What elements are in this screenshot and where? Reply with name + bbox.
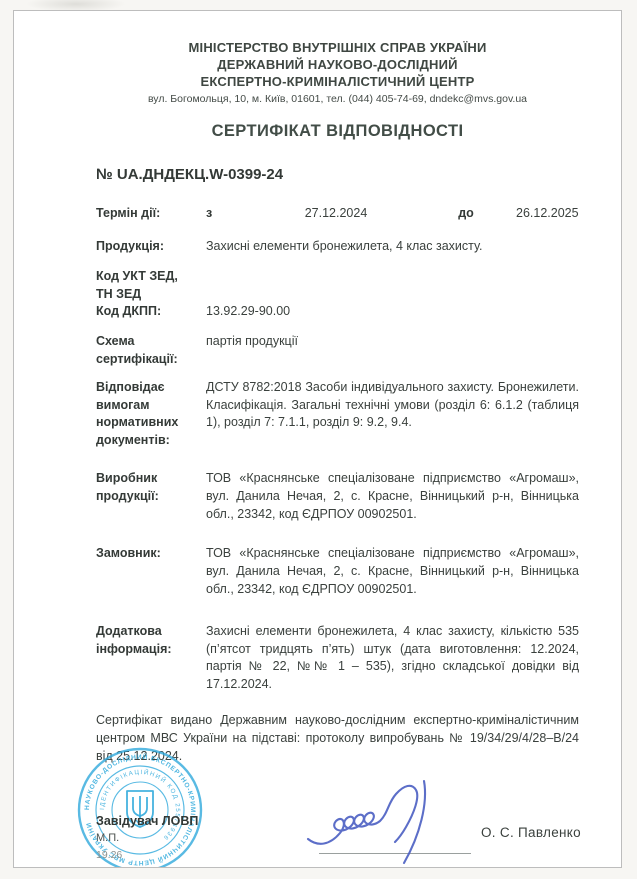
- signature-ink-icon: [302, 775, 492, 868]
- validity-row: Термін дії: з 27.12.2024 до 26.12.2025: [96, 204, 579, 222]
- signer-name: О. С. Павленко: [481, 825, 581, 840]
- field-label: Виробник продукції:: [96, 470, 206, 523]
- certificate-number: № UA.ДНДЕКЦ.W-0399-24: [96, 165, 579, 184]
- field-label: Замовник:: [96, 545, 206, 598]
- validity-to-word: до: [416, 204, 516, 222]
- issuer-line-3: ЕКСПЕРТНО-КРИМІНАЛІСТИЧНИЙ ЦЕНТР: [96, 73, 579, 90]
- field-row-manufacturer: Виробник продукції: ТОВ «Краснянське спе…: [96, 470, 579, 523]
- official-round-stamp: НАУКОВО-ДОСЛІДНИЙ ЕКСПЕРТНО-КРИМІНАЛІСТИ…: [75, 745, 205, 868]
- field-value: ДСТУ 8782:2018 Засоби індивідуального за…: [206, 379, 579, 450]
- field-row-scheme: Схема сертифікації: партія продукції: [96, 333, 579, 369]
- field-row-product: Продукція: Захисні елементи бронежилета,…: [96, 238, 579, 256]
- validity-from-word: з: [206, 204, 256, 222]
- field-row-codes: Код УКТ ЗЕД, ТН ЗЕД Код ДКПП: 13.92.29-9…: [96, 268, 579, 321]
- signer-position-title: Завідувач ЛОВП: [96, 814, 198, 828]
- field-value: ТОВ «Краснянське спеціалізоване підприєм…: [206, 470, 579, 523]
- validity-to-date: 26.12.2025: [516, 204, 579, 222]
- field-row-customer: Замовник: ТОВ «Краснянське спеціалізован…: [96, 545, 579, 598]
- validity-label: Термін дії:: [96, 204, 206, 222]
- form-number-note: 19.26: [96, 849, 122, 861]
- field-row-standards: Відповідає вимогам нормативних документі…: [96, 379, 579, 450]
- certificate-page: МІНІСТЕРСТВО ВНУТРІШНІХ СПРАВ УКРАЇНИ ДЕ…: [13, 10, 622, 868]
- validity-from-date: 27.12.2024: [256, 204, 416, 222]
- field-value: Захисні елементи бронежилета, 4 клас зах…: [206, 623, 579, 694]
- issuer-line-1: МІНІСТЕРСТВО ВНУТРІШНІХ СПРАВ УКРАЇНИ: [96, 39, 579, 56]
- field-label: Код УКТ ЗЕД, ТН ЗЕД Код ДКПП:: [96, 268, 206, 321]
- field-label: Додаткова інформація:: [96, 623, 206, 694]
- field-label: Відповідає вимогам нормативних документі…: [96, 379, 206, 450]
- issuer-address: вул. Богомольця, 10, м. Київ, 01601, тел…: [96, 92, 579, 107]
- signature-section: НАУКОВО-ДОСЛІДНИЙ ЕКСПЕРТНО-КРИМІНАЛІСТИ…: [14, 765, 621, 868]
- field-value: партія продукції: [206, 333, 579, 369]
- certificate-title: СЕРТИФІКАТ ВІДПОВІДНОСТІ: [96, 121, 579, 141]
- field-value: Захисні елементи бронежилета, 4 клас зах…: [206, 238, 579, 256]
- field-value: 13.92.29-90.00: [206, 303, 579, 321]
- field-label: Схема сертифікації:: [96, 333, 206, 369]
- field-value: ТОВ «Краснянське спеціалізоване підприєм…: [206, 545, 579, 598]
- field-row-additional-info: Додаткова інформація: Захисні елементи б…: [96, 623, 579, 694]
- issuer-line-2: ДЕРЖАВНИЙ НАУКОВО-ДОСЛІДНИЙ: [96, 56, 579, 73]
- field-label: Продукція:: [96, 238, 206, 256]
- issuer-header: МІНІСТЕРСТВО ВНУТРІШНІХ СПРАВ УКРАЇНИ ДЕ…: [96, 39, 579, 107]
- seal-place-mark: М.П.: [96, 832, 119, 844]
